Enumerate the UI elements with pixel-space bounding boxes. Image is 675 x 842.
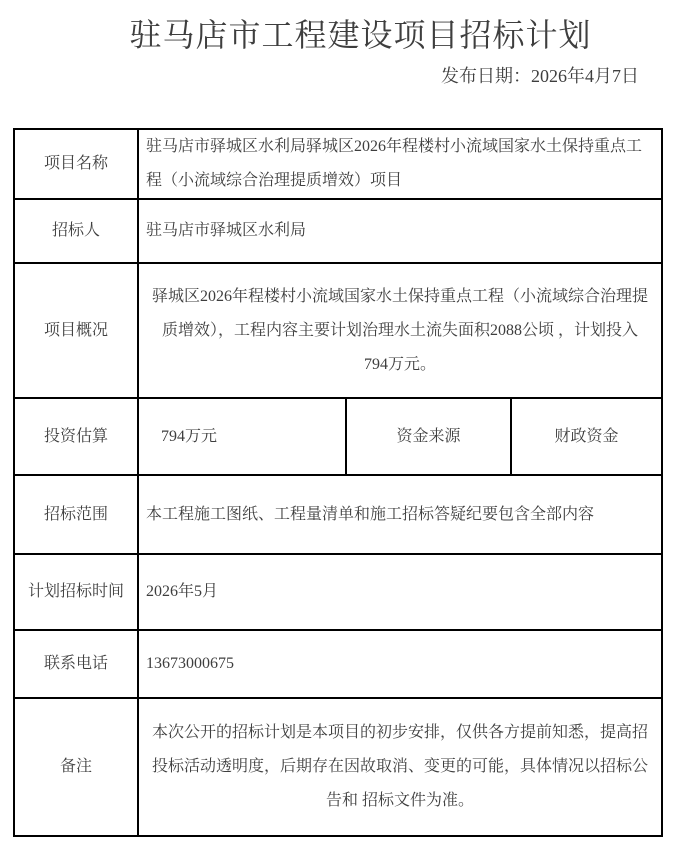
row-value-investment-estimate: 794万元 xyxy=(138,398,346,475)
table-row-planned-tender-time: 计划招标时间 2026年5月 xyxy=(14,554,662,630)
row-label-contact-phone: 联系电话 xyxy=(14,630,138,698)
row-value-project-overview: 驿城区2026年程楼村小流域国家水土保持重点工程（小流域综合治理提质增效），工程… xyxy=(138,263,662,398)
row-label-planned-tender-time: 计划招标时间 xyxy=(14,554,138,630)
table-row-tenderer: 招标人 驻马店市驿城区水利局 xyxy=(14,199,662,263)
row-label-tender-scope: 招标范围 xyxy=(14,475,138,554)
page: 驻马店市工程建设项目招标计划 发布日期：2026年4月7日 项目名称 驻马店市驿… xyxy=(0,14,675,837)
publish-date: 发布日期：2026年4月7日 xyxy=(0,64,639,88)
row-value-funding-source: 财政资金 xyxy=(511,398,662,475)
row-label-investment-estimate: 投资估算 xyxy=(14,398,138,475)
tender-plan-table: 项目名称 驻马店市驿城区水利局驿城区2026年程楼村小流域国家水土保持重点工程（… xyxy=(13,128,663,837)
table-row-investment: 投资估算 794万元 资金来源 财政资金 xyxy=(14,398,662,475)
row-value-tenderer: 驻马店市驿城区水利局 xyxy=(138,199,662,263)
row-label-project-overview: 项目概况 xyxy=(14,263,138,398)
row-label-funding-source: 资金来源 xyxy=(346,398,511,475)
table-row-remarks: 备注 本次公开的招标计划是本项目的初步安排，仅供各方提前知悉，提高招投标活动透明… xyxy=(14,698,662,836)
row-value-contact-phone: 13673000675 xyxy=(138,630,662,698)
row-value-remarks: 本次公开的招标计划是本项目的初步安排，仅供各方提前知悉，提高招投标活动透明度，后… xyxy=(138,698,662,836)
page-title: 驻马店市工程建设项目招标计划 xyxy=(46,14,675,56)
table-row-tender-scope: 招标范围 本工程施工图纸、工程量清单和施工招标答疑纪要包含全部内容 xyxy=(14,475,662,554)
table-row-contact-phone: 联系电话 13673000675 xyxy=(14,630,662,698)
row-label-tenderer: 招标人 xyxy=(14,199,138,263)
row-value-project-name: 驻马店市驿城区水利局驿城区2026年程楼村小流域国家水土保持重点工程（小流域综合… xyxy=(138,129,662,199)
row-label-remarks: 备注 xyxy=(14,698,138,836)
table-row-project-overview: 项目概况 驿城区2026年程楼村小流域国家水土保持重点工程（小流域综合治理提质增… xyxy=(14,263,662,398)
row-label-project-name: 项目名称 xyxy=(14,129,138,199)
table-row-project-name: 项目名称 驻马店市驿城区水利局驿城区2026年程楼村小流域国家水土保持重点工程（… xyxy=(14,129,662,199)
row-value-planned-tender-time: 2026年5月 xyxy=(138,554,662,630)
row-value-tender-scope: 本工程施工图纸、工程量清单和施工招标答疑纪要包含全部内容 xyxy=(138,475,662,554)
